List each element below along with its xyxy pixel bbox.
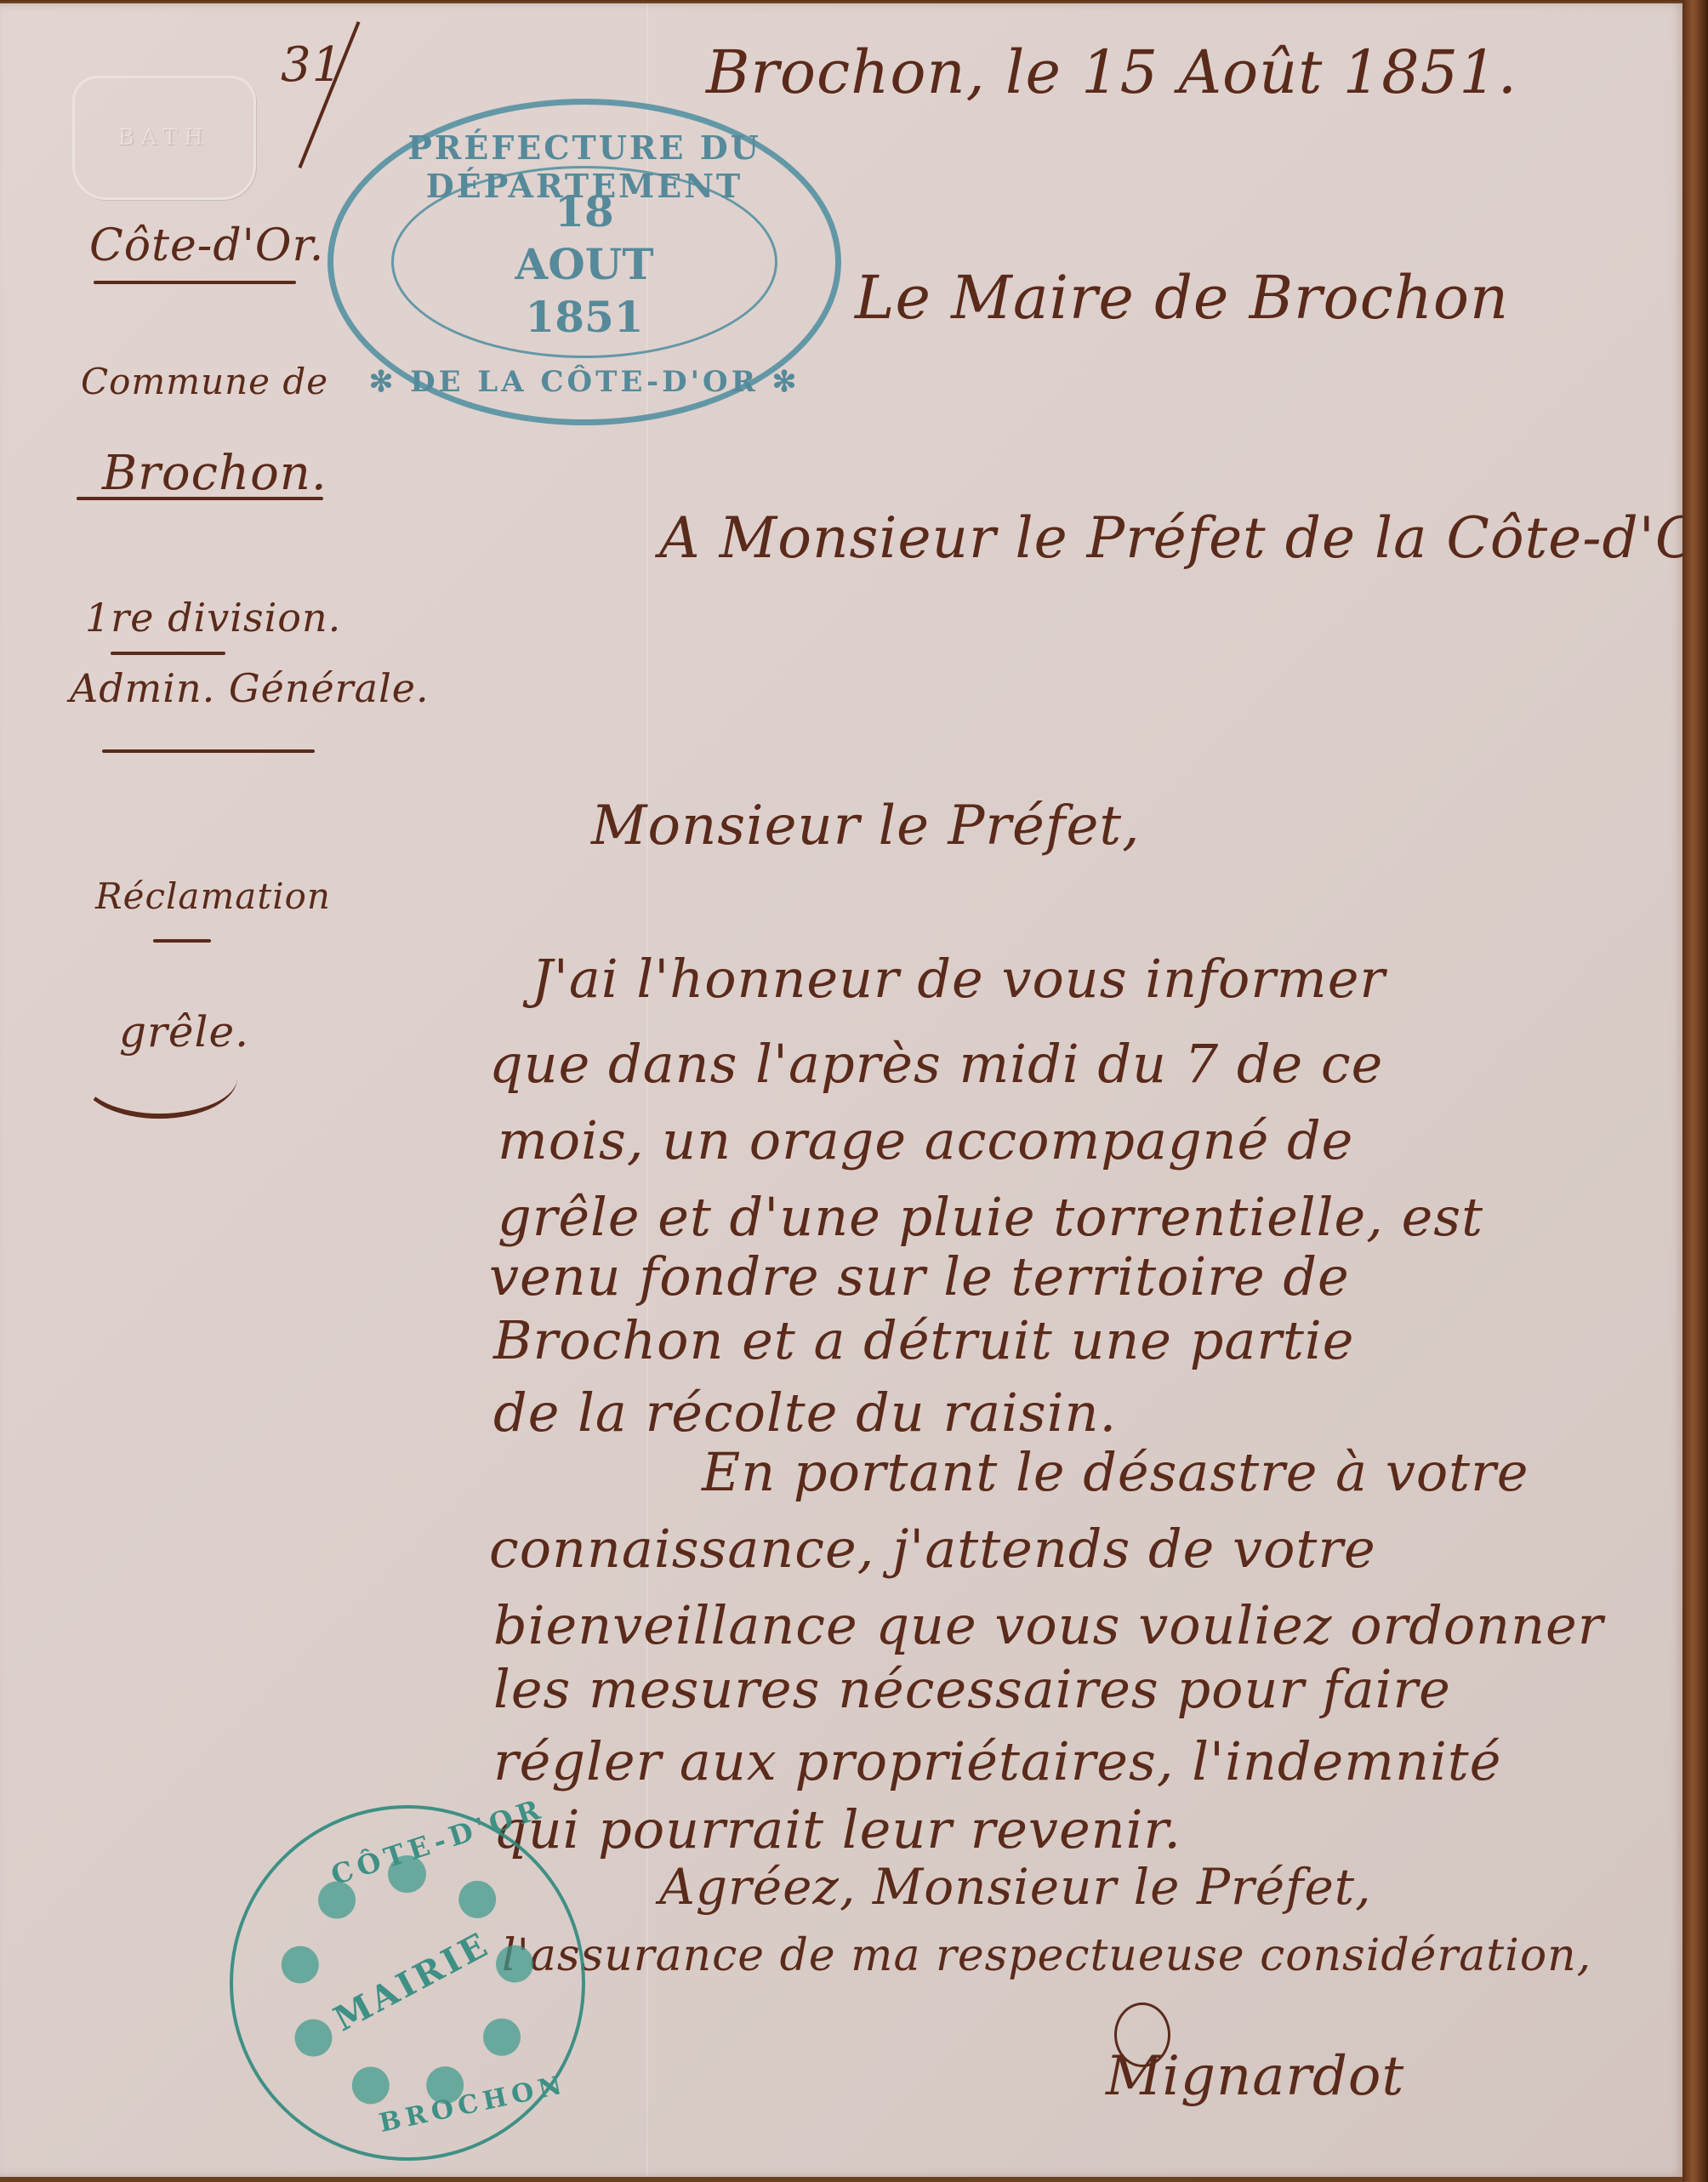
stamp-date: 18 AOUT 1851	[333, 185, 835, 344]
margin-department: Côte-d'Or.	[89, 220, 324, 271]
body-line: les mesures nécessaires pour faire	[493, 1658, 1451, 1720]
emboss-text: BATH	[118, 125, 210, 151]
margin-commune-label: Commune de	[81, 361, 328, 402]
margin-rule	[94, 281, 296, 284]
margin-rule	[153, 939, 211, 943]
salutation: Monsieur le Préfet,	[591, 795, 1140, 857]
body-line: En portant le désastre à votre	[702, 1441, 1529, 1503]
body-line: de la récolte du raisin.	[493, 1382, 1117, 1444]
margin-commune-name: Brochon.	[102, 446, 327, 501]
body-line: que dans l'après midi du 7 de ce	[489, 1033, 1383, 1095]
body-line: Brochon et a détruit une partie	[493, 1309, 1354, 1371]
folio-number: 31	[281, 37, 343, 93]
stamp-month: AOUT	[333, 238, 835, 291]
body-line: grêle et d'une pluie torrentielle, est	[498, 1186, 1483, 1248]
body-line: venu fondre sur le territoire de	[489, 1245, 1350, 1307]
margin-subject: Réclamation	[95, 875, 331, 917]
mairie-brochon-stamp: CÔTE-D'OR MAIRIE BROCHON	[230, 1805, 585, 2161]
margin-division: 1re division.	[85, 595, 341, 641]
body-line: bienveillance que vous vouliez ordonner	[493, 1594, 1603, 1656]
letter-sheet: BATH 31 Côte-d'Or. Commune de Brochon. 1…	[0, 3, 1684, 2177]
stamp-ring-bottom-text: ✻ DE LA CÔTE-D'OR ✻	[333, 365, 835, 399]
stamp-year: 1851	[333, 291, 835, 344]
sender-line: Le Maire de Brochon	[855, 263, 1509, 333]
place-and-date: Brochon, le 15 Août 1851.	[706, 37, 1517, 107]
closing-line: l'assurance de ma respectueuse considéra…	[502, 1930, 1591, 1981]
margin-rule	[77, 497, 323, 500]
prefecture-date-stamp: PRÉFECTURE DU DÉPARTEMENT 18 AOUT 1851 ✻…	[327, 99, 841, 425]
body-line: J'ai l'honneur de vous informer	[532, 948, 1386, 1010]
margin-administration: Admin. Générale.	[70, 665, 430, 711]
frame-right-edge	[1682, 0, 1708, 2182]
recipient-line: A Monsieur le Préfet de la Côte-d'Or,	[659, 505, 1708, 571]
margin-rule	[111, 652, 225, 655]
body-line: connaissance, j'attends de votre	[489, 1518, 1376, 1580]
body-line: qui pourrait leur revenir.	[493, 1798, 1181, 1860]
body-line: mois, un orage accompagné de	[498, 1109, 1353, 1171]
signature: Mignardot	[1106, 2045, 1404, 2108]
closing-line: Agréez, Monsieur le Préfet,	[659, 1858, 1372, 1916]
bath-emboss-seal: BATH	[72, 76, 256, 200]
body-line: régler aux propriétaires, l'indemnité	[493, 1730, 1501, 1792]
margin-flourish	[81, 1037, 237, 1119]
margin-rule	[102, 749, 315, 753]
stamp-day: 18	[333, 185, 835, 238]
